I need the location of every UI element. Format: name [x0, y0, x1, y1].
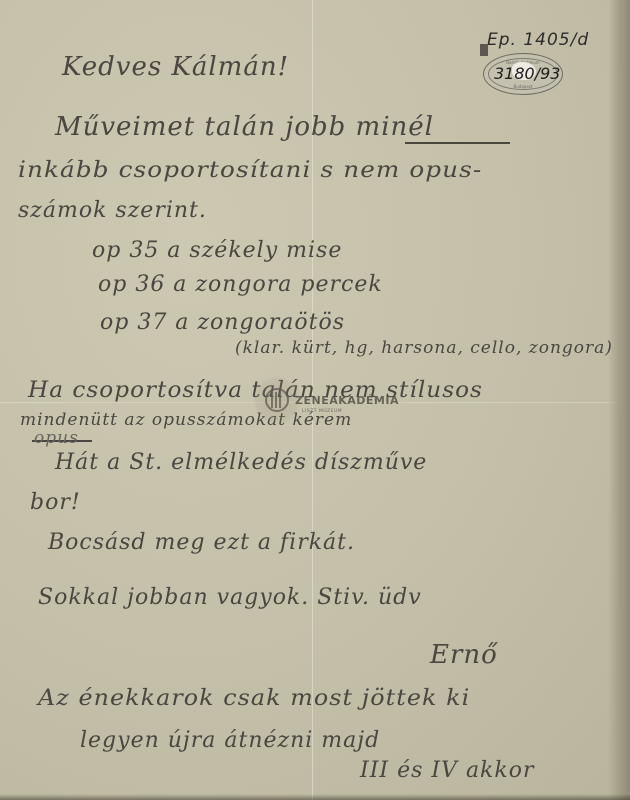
letter-page: Ep. 1405/d Bartók Archívum 3180/93 Budap… [0, 0, 630, 800]
letter-line: (klar. kürt, hg, harsona, cello, zongora… [235, 338, 613, 358]
signature: Ernő [430, 640, 498, 670]
page-bottom-shadow [0, 794, 630, 800]
corner-mark [480, 44, 488, 56]
letter-salutation: Kedves Kálmán! [62, 52, 289, 82]
letter-line: Sokkal jobban vagyok. Stiv. üdv [38, 585, 422, 610]
archive-reference: Ep. 1405/d [487, 30, 589, 50]
watermark-title: ZENEAKADÉMIA [295, 394, 399, 407]
letter-line: számok szerint. [18, 198, 207, 223]
letter-line: op 37 a zongoraötös [100, 310, 345, 335]
letter-line: III és IV akkor [360, 758, 534, 783]
page-edge-shadow [608, 0, 630, 800]
letter-line: bor! [30, 490, 81, 515]
archive-stamp: Bartók Archívum 3180/93 Budapest [483, 53, 563, 95]
struck-word: opus [34, 428, 79, 448]
letter-line: inkább csoportosítani s nem opus- [18, 158, 482, 183]
letter-line: Műveimet talán jobb minél [55, 112, 434, 142]
watermark-subtitle: LISZT MÚZEUM [302, 409, 342, 414]
letter-line: op 36 a zongora percek [98, 272, 383, 297]
letter-line: Az énekkarok csak most jöttek ki [38, 686, 470, 711]
letter-line: op 35 a székely mise [92, 238, 342, 263]
stamp-bottom-text: Budapest [484, 84, 562, 89]
letter-line: Hát a St. elmélkedés díszműve [55, 450, 427, 475]
underline-mark [405, 142, 510, 144]
letter-line: legyen újra átnézni majd [80, 728, 380, 753]
watermark-lyre-icon [271, 392, 283, 408]
stamp-number: 3180/93 [494, 64, 560, 83]
letter-line: Bocsásd meg ezt a firkát. [48, 530, 355, 555]
